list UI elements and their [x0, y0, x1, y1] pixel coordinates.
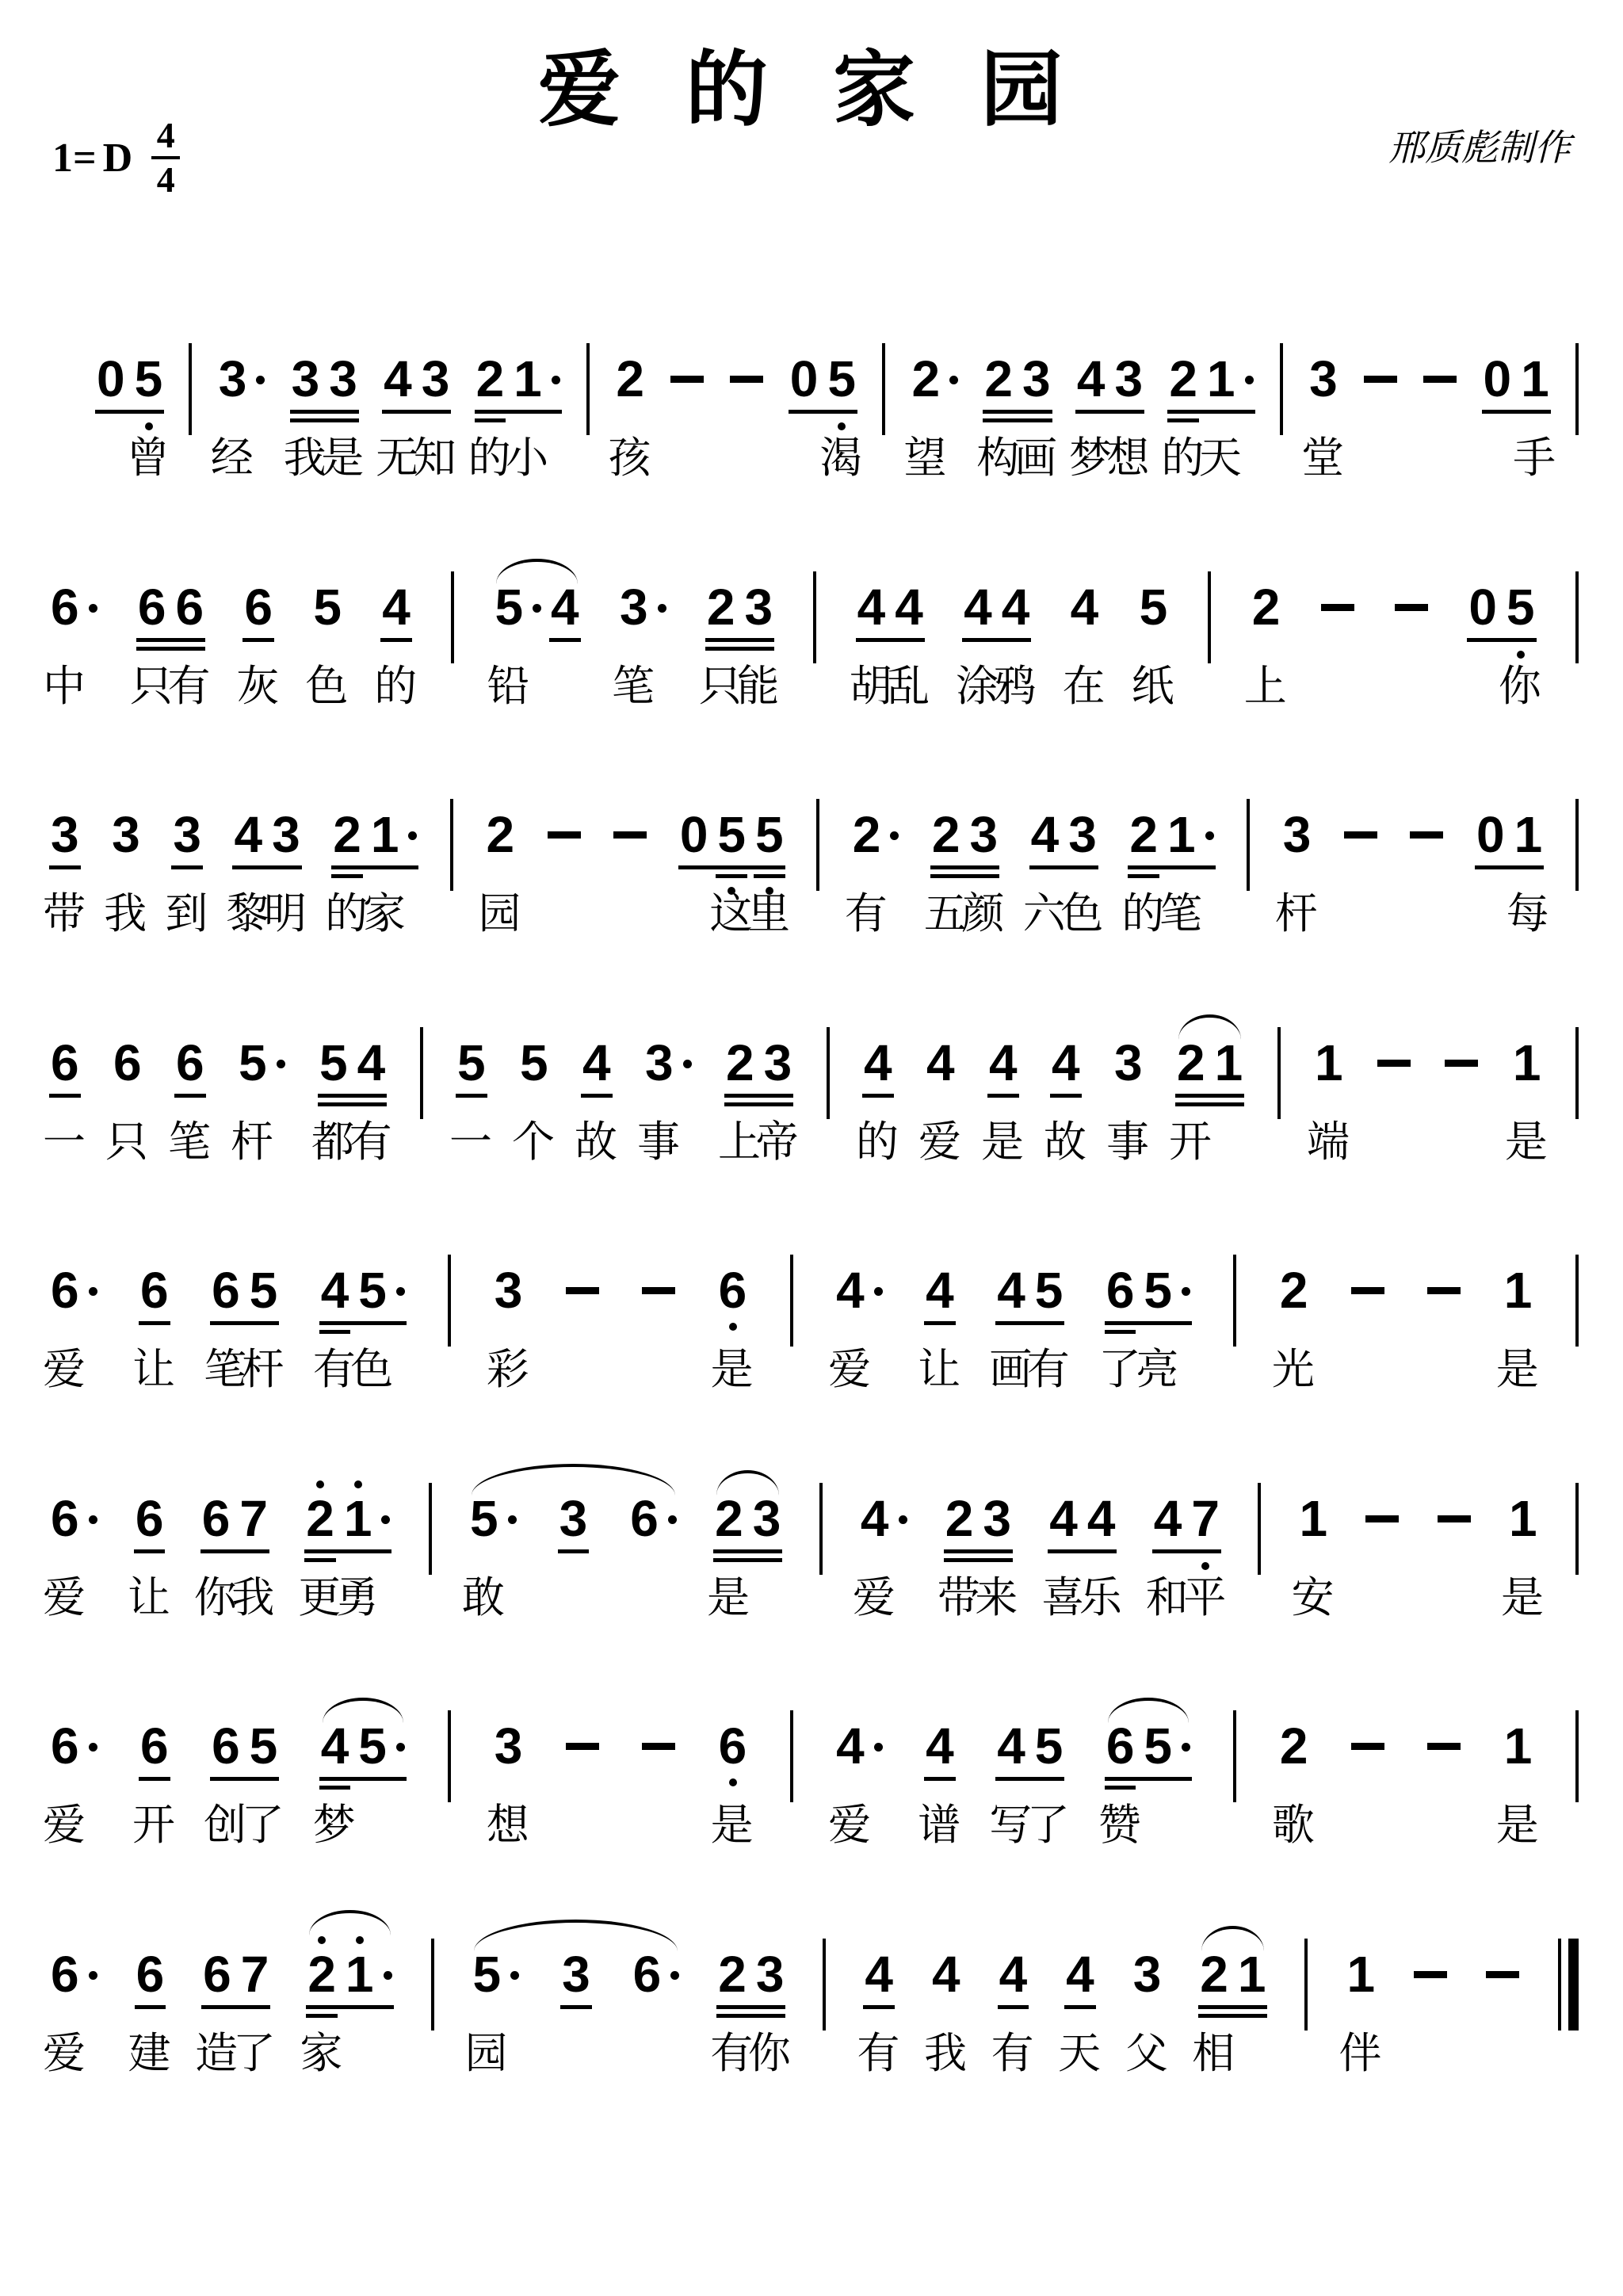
- note-group: 4梦3想: [1077, 354, 1143, 403]
- barline: [819, 1483, 823, 1575]
- lyric-syllable: 创: [204, 1802, 246, 1848]
- barline: [1575, 571, 1579, 663]
- note-group: 6一: [51, 1038, 79, 1087]
- dash-note: [1427, 1266, 1461, 1294]
- note-digit: 1: [1346, 1950, 1375, 1999]
- barline: [429, 1483, 432, 1575]
- note-digit: 2: [945, 1494, 974, 1543]
- note-digit: 6: [140, 1721, 169, 1771]
- note: 5有: [1035, 1266, 1064, 1315]
- lyric-syllable: 铅: [487, 663, 529, 709]
- lyric-syllable: 园: [464, 2030, 507, 2076]
- note: 3经: [219, 354, 265, 403]
- note-group: 2歌: [1280, 1721, 1308, 1771]
- lyric-syllable: 歌: [1272, 1802, 1315, 1848]
- note-digit: 6: [212, 1266, 240, 1315]
- note-group: 2上3帝: [726, 1038, 792, 1087]
- note: 1是: [1513, 1038, 1541, 1087]
- note: 4在: [1071, 583, 1099, 632]
- beam-underline: [304, 1558, 336, 1562]
- dash-note: [670, 354, 704, 383]
- augmentation-dot: [508, 1515, 517, 1524]
- note-digit: 2: [616, 354, 644, 403]
- note: 1: [346, 1950, 392, 1999]
- lyric-syllable: 园: [479, 891, 521, 937]
- note: 4无: [384, 354, 412, 403]
- lyric-syllable: 想: [1106, 435, 1149, 481]
- note-digit: 4: [1071, 583, 1099, 632]
- note-group: 6灰: [244, 583, 273, 632]
- note-digit: 4: [321, 1266, 349, 1315]
- lyric-syllable: 色: [350, 1347, 393, 1392]
- note-digit: 6: [136, 1950, 165, 1999]
- barline: [823, 1939, 826, 2030]
- note: 4有: [865, 1950, 893, 1999]
- lyric-syllable: 颜: [961, 891, 1004, 937]
- note: 2园: [487, 810, 515, 859]
- note: 4故: [1052, 1038, 1080, 1087]
- note: 3能: [744, 583, 773, 632]
- barline: [1280, 343, 1283, 435]
- lyric-syllable: 爱: [918, 1119, 961, 1165]
- lyric-syllable: 中: [43, 663, 86, 709]
- beam-underline: [319, 1786, 351, 1790]
- lyric-syllable: 喜: [1041, 1575, 1084, 1621]
- note-group: 4涂4鸦: [964, 583, 1029, 632]
- lyric-syllable: 是: [711, 1802, 754, 1848]
- lyric-syllable: 故: [575, 1119, 617, 1165]
- beam-underline: [995, 1777, 1064, 1781]
- lyric-syllable: 灰: [236, 663, 279, 709]
- note: 6创: [212, 1721, 240, 1771]
- note-digit: 0: [1468, 583, 1497, 632]
- lyric-syllable: 是: [1501, 1575, 1544, 1621]
- note: 6造: [203, 1950, 231, 1999]
- note-group: 01每: [1476, 810, 1542, 859]
- note-group: 3事: [1114, 1038, 1143, 1087]
- note-group: 3带: [51, 810, 79, 859]
- note: 4梦: [321, 1721, 349, 1771]
- beam-underline: [475, 418, 506, 422]
- music-line-7: 6爱6开6创5了4梦53想6是4爱4谱4写5了6赞52歌1是: [51, 1721, 1579, 1802]
- note: 2的: [476, 354, 505, 403]
- beam-underline: [49, 865, 81, 869]
- note: 6爱: [51, 1494, 97, 1543]
- beam-underline: [319, 1777, 407, 1781]
- barline: [450, 799, 453, 891]
- dash-note: [566, 1266, 599, 1294]
- beam-underline: [1167, 418, 1199, 422]
- augmentation-dot: [552, 376, 560, 384]
- beam-underline: [242, 638, 274, 642]
- beam-underline: [713, 1558, 782, 1562]
- note-digit: 2: [1280, 1266, 1308, 1315]
- note: 1是: [1504, 1266, 1533, 1315]
- note: 5园: [472, 1950, 519, 1999]
- note: 4六: [1031, 810, 1060, 859]
- music-line-4: 6一6只6笔5杆5都4有5一5个4故3事2上3帝4的4爱4是4故3事2开11端1…: [51, 1038, 1579, 1119]
- beam-underline: [705, 647, 774, 651]
- note-digit: 6: [113, 1038, 142, 1087]
- lyric-syllable: 带: [43, 891, 86, 937]
- dash-note: [1410, 810, 1443, 839]
- lyric-syllable: 梦: [313, 1802, 356, 1848]
- barline: [1258, 1483, 1261, 1575]
- note: 3明: [272, 810, 300, 859]
- barline: [451, 571, 454, 663]
- note-group: 6让: [136, 1494, 164, 1543]
- beam-underline: [290, 418, 359, 422]
- note-digit: 5: [313, 583, 342, 632]
- note-digit: 3: [1068, 810, 1097, 859]
- dash-note: [1321, 583, 1354, 611]
- beam-underline: [1105, 1330, 1136, 1334]
- note: 2相: [1200, 1950, 1228, 1999]
- augmentation-dot: [89, 604, 97, 613]
- note-digit: 5: [358, 1266, 387, 1315]
- augmentation-dot: [668, 1515, 677, 1524]
- slur-arc: [309, 1910, 390, 1935]
- note-digit: 4: [861, 1494, 889, 1543]
- note-digit: 4: [926, 1721, 954, 1771]
- note-digit: 5: [358, 1721, 387, 1771]
- note-digit: 3: [173, 810, 201, 859]
- note-group: 2的1小: [476, 354, 560, 403]
- note-group: 2相1: [1200, 1950, 1266, 1999]
- note: 4有: [357, 1038, 386, 1087]
- note: 5里: [755, 810, 784, 859]
- note-digit: 6: [176, 1038, 204, 1087]
- note: 5敢: [470, 1494, 517, 1543]
- note-digit: 1: [1207, 354, 1235, 403]
- beam-underline: [134, 1549, 166, 1553]
- note-digit: 1: [1509, 1494, 1537, 1543]
- note-digit: 5: [250, 1266, 278, 1315]
- lyric-syllable: 了: [1027, 1802, 1070, 1848]
- note: 6笔: [212, 1266, 240, 1315]
- note: 3: [562, 1950, 590, 1999]
- note-digit: 5: [495, 583, 523, 632]
- note: 3想: [1114, 354, 1143, 403]
- note-digit: 7: [1191, 1494, 1220, 1543]
- lyric-syllable: 明: [264, 891, 307, 937]
- lyric-syllable: 故: [1044, 1119, 1086, 1165]
- beam-underline: [716, 2005, 785, 2009]
- lyric-syllable: 敢: [462, 1575, 505, 1621]
- barline: [1575, 1710, 1579, 1802]
- note: 4鸦: [1002, 583, 1030, 632]
- note-group: 3杆: [1283, 810, 1312, 859]
- note-digit: 4: [864, 1038, 892, 1087]
- note-digit: 3: [272, 810, 300, 859]
- beam-underline: [944, 1549, 1013, 1553]
- note-digit: 1: [1513, 1038, 1541, 1087]
- barline: [882, 343, 885, 435]
- lyric-syllable: 让: [132, 1347, 175, 1392]
- augmentation-dot: [1182, 1743, 1190, 1752]
- dash-note: [1414, 1950, 1447, 1978]
- beam-underline: [319, 1330, 351, 1334]
- music-line-2: 6中6只6有6灰5色4的5铅43笔2只3能4胡4乱4涂4鸦4在5纸2上05你: [51, 583, 1579, 663]
- beam-underline: [983, 410, 1052, 414]
- dash-note: [1486, 1950, 1519, 1978]
- note-group: 4的: [382, 583, 411, 632]
- augmentation-dot: [89, 1971, 97, 1980]
- note: 5杆: [239, 1038, 285, 1087]
- note: 1每: [1514, 810, 1543, 859]
- augmentation-dot: [670, 1971, 679, 1980]
- note-digit: 5: [472, 1950, 501, 1999]
- note-group: 6: [633, 1950, 680, 1999]
- note-digit: 4: [551, 583, 579, 632]
- note: 4谱: [926, 1721, 954, 1771]
- note-group: 6笔: [176, 1038, 204, 1087]
- lyric-syllable: 爱: [43, 1347, 86, 1392]
- note: 2家: [307, 1950, 336, 1999]
- music-line-1: 05曾3经3我3是4无3知2的1小2孩05渴2望2构3画4梦3想2的1天3堂01…: [51, 354, 1579, 435]
- note: 1家: [371, 810, 418, 859]
- low-octave-dot: [1201, 1562, 1209, 1570]
- augmentation-dot: [256, 376, 265, 384]
- note-group: 5色: [313, 583, 342, 632]
- note: 1: [1238, 1950, 1266, 1999]
- beam-underline: [1128, 865, 1215, 869]
- note-digit: 3: [1114, 354, 1143, 403]
- note: 3画: [1022, 354, 1051, 403]
- note-digit: 2: [718, 1950, 747, 1999]
- note: 4胡: [857, 583, 886, 632]
- beam-underline: [306, 2005, 393, 2009]
- note-group: 2家1: [307, 1950, 391, 1999]
- augmentation-dot: [396, 1287, 405, 1296]
- lyric-syllable: 了: [242, 1802, 285, 1848]
- note-group: 2上: [1252, 583, 1281, 632]
- dash-note: [1423, 354, 1457, 383]
- beam-underline: [232, 865, 301, 869]
- lyric-syllable: 无: [376, 435, 418, 481]
- beam-underline: [716, 2014, 785, 2018]
- beam-underline: [1050, 1094, 1082, 1098]
- note: 4乐: [1087, 1494, 1116, 1543]
- note-digit: 1: [1504, 1721, 1533, 1771]
- note-group: 6是: [719, 1721, 747, 1771]
- dash-note: [1351, 1721, 1384, 1750]
- note: 6只: [138, 583, 166, 632]
- note-group: 2有3你: [718, 1950, 784, 1999]
- note: 6只: [113, 1038, 142, 1087]
- note-group: 4黎3明: [234, 810, 300, 859]
- note: 3笔: [620, 583, 666, 632]
- lyric-syllable: 黎: [226, 891, 269, 937]
- lyric-syllable: 有: [991, 2030, 1034, 2076]
- barline: [1575, 799, 1579, 891]
- note: 3杆: [1283, 810, 1312, 859]
- beam-underline: [95, 410, 164, 414]
- note: 1笔: [1167, 810, 1214, 859]
- note: 4爱: [926, 1038, 955, 1087]
- lyric-syllable: 的: [1121, 891, 1164, 937]
- note-digit: 6: [719, 1266, 747, 1315]
- note-group: 3: [559, 1494, 588, 1543]
- augmentation-dot: [396, 1743, 405, 1752]
- note: 5纸: [1140, 583, 1168, 632]
- note-digit: 3: [219, 354, 247, 403]
- note-digit: 4: [857, 583, 886, 632]
- note: 7我: [239, 1494, 268, 1543]
- beam-underline: [304, 1549, 391, 1553]
- lyric-syllable: 是: [1505, 1119, 1548, 1165]
- note: 5色: [313, 583, 342, 632]
- beam-underline: [201, 2005, 270, 2009]
- beam-underline: [1198, 2014, 1267, 2018]
- note: 4和: [1154, 1494, 1182, 1543]
- note-digit: 5: [319, 1038, 348, 1087]
- note: 2上: [1252, 583, 1281, 632]
- beam-underline: [318, 1102, 387, 1106]
- note: 4让: [926, 1266, 954, 1315]
- note-digit: 0: [790, 354, 819, 403]
- note-group: 4在: [1071, 583, 1099, 632]
- note-group: 4的: [864, 1038, 892, 1087]
- beam-underline: [862, 1094, 894, 1098]
- note-group: 4有: [865, 1950, 893, 1999]
- lyric-syllable: 你: [748, 2030, 791, 2076]
- note-digit: 6: [719, 1721, 747, 1771]
- lyric-syllable: 写: [989, 1802, 1032, 1848]
- note-group: 2构3画: [984, 354, 1050, 403]
- lyric-syllable: 谱: [918, 1802, 960, 1848]
- lyric-syllable: 乐: [1079, 1575, 1122, 1621]
- beam-underline: [1475, 865, 1544, 869]
- note-digit: 4: [1154, 1494, 1182, 1543]
- dash-note: [1364, 354, 1397, 383]
- lyric-syllable: 的: [325, 891, 368, 937]
- lyric-syllable: 有: [1027, 1347, 1070, 1392]
- note: 6建: [136, 1950, 165, 1999]
- augmentation-dot: [874, 1743, 883, 1752]
- note: 4: [551, 583, 579, 632]
- low-octave-dot: [145, 422, 153, 430]
- note: 3堂: [1309, 354, 1338, 403]
- barline: [1575, 1483, 1579, 1575]
- note-group: 6笔5杆: [212, 1266, 277, 1315]
- note: 6爱: [51, 1266, 97, 1315]
- note-group: 2光: [1280, 1266, 1308, 1315]
- note-digit: 2: [1177, 1038, 1205, 1087]
- note: 6: [633, 1950, 680, 1999]
- note-digit: 4: [1066, 1950, 1094, 1999]
- note: 1小: [514, 354, 560, 403]
- note: 1是: [1504, 1721, 1533, 1771]
- lyric-syllable: 个: [512, 1119, 555, 1165]
- low-octave-dot: [1517, 651, 1525, 659]
- beam-underline: [210, 1777, 279, 1781]
- beam-underline: [136, 647, 205, 651]
- note-group: 6了5亮: [1106, 1266, 1190, 1315]
- barline: [1277, 1027, 1281, 1119]
- note-digit: 0: [1484, 354, 1512, 403]
- augmentation-dot: [899, 1515, 907, 1524]
- beam-underline: [1048, 1549, 1117, 1553]
- barline: [1575, 343, 1579, 435]
- beam-underline: [581, 1094, 613, 1098]
- note: 3到: [173, 810, 201, 859]
- lyric-syllable: 这: [709, 891, 752, 937]
- lyric-syllable: 手: [1513, 435, 1556, 481]
- note-group: 4无3知: [384, 354, 449, 403]
- note-group: 3想: [495, 1721, 523, 1771]
- note: 0: [1476, 810, 1505, 859]
- note-digit: 4: [895, 583, 923, 632]
- barline: [1233, 1255, 1236, 1347]
- lyric-syllable: 的: [468, 435, 511, 481]
- lyric-syllable: 爱: [43, 1802, 86, 1848]
- note-group: 4故: [582, 1038, 611, 1087]
- lyric-syllable: 在: [1063, 663, 1106, 709]
- lyric-syllable: 想: [487, 1802, 529, 1848]
- note: 6开: [140, 1721, 169, 1771]
- beam-underline: [1128, 874, 1159, 878]
- note-digit: 4: [836, 1266, 865, 1315]
- note: 1: [1215, 1038, 1243, 1087]
- note: 4画: [997, 1266, 1025, 1315]
- note: 3: [559, 1494, 588, 1543]
- beam-underline: [930, 865, 999, 869]
- note-digit: 2: [715, 1494, 743, 1543]
- lyric-syllable: 五: [924, 891, 967, 937]
- note: 4故: [582, 1038, 611, 1087]
- note-digit: 4: [1087, 1494, 1116, 1543]
- beam-underline: [924, 1777, 956, 1781]
- lyric-syllable: 一: [449, 1119, 492, 1165]
- note-digit: 0: [97, 354, 125, 403]
- note: 4喜: [1049, 1494, 1078, 1543]
- high-octave-dot: [356, 1936, 364, 1944]
- lyric-syllable: 事: [1106, 1119, 1149, 1165]
- lyric-syllable: 每: [1507, 891, 1549, 937]
- note: 6爱: [51, 1721, 97, 1771]
- note-group: 5纸: [1140, 583, 1168, 632]
- lyric-syllable: 知: [414, 435, 456, 481]
- beam-underline: [713, 1549, 782, 1553]
- note-digit: 6: [1106, 1721, 1135, 1771]
- note-group: 6中: [51, 583, 97, 632]
- augmentation-dot: [408, 831, 417, 840]
- barline: [1233, 1710, 1236, 1802]
- note-digit: 2: [307, 1950, 336, 1999]
- barline: [1304, 1939, 1308, 2030]
- note: 5这: [717, 810, 746, 859]
- high-octave-dot: [318, 1936, 326, 1944]
- final-barline: [1558, 1939, 1579, 2030]
- note-group: 3到: [173, 810, 201, 859]
- high-octave-dot: [316, 1480, 324, 1488]
- note-digit: 2: [476, 354, 505, 403]
- note: 1端: [1315, 1038, 1343, 1087]
- note-digit: 2: [707, 583, 735, 632]
- note-group: 1是: [1509, 1494, 1537, 1543]
- note: 4写: [997, 1721, 1025, 1771]
- beam-underline: [475, 410, 562, 414]
- lyric-syllable: 六: [1023, 891, 1066, 937]
- note-group: 5一: [457, 1038, 486, 1087]
- note-group: 05你: [1468, 583, 1534, 632]
- note-digit: 4: [382, 583, 411, 632]
- barline: [1575, 1027, 1579, 1119]
- note-group: 2只3能: [707, 583, 773, 632]
- note-digit: 4: [932, 1950, 960, 1999]
- lyric-syllable: 天: [1199, 435, 1242, 481]
